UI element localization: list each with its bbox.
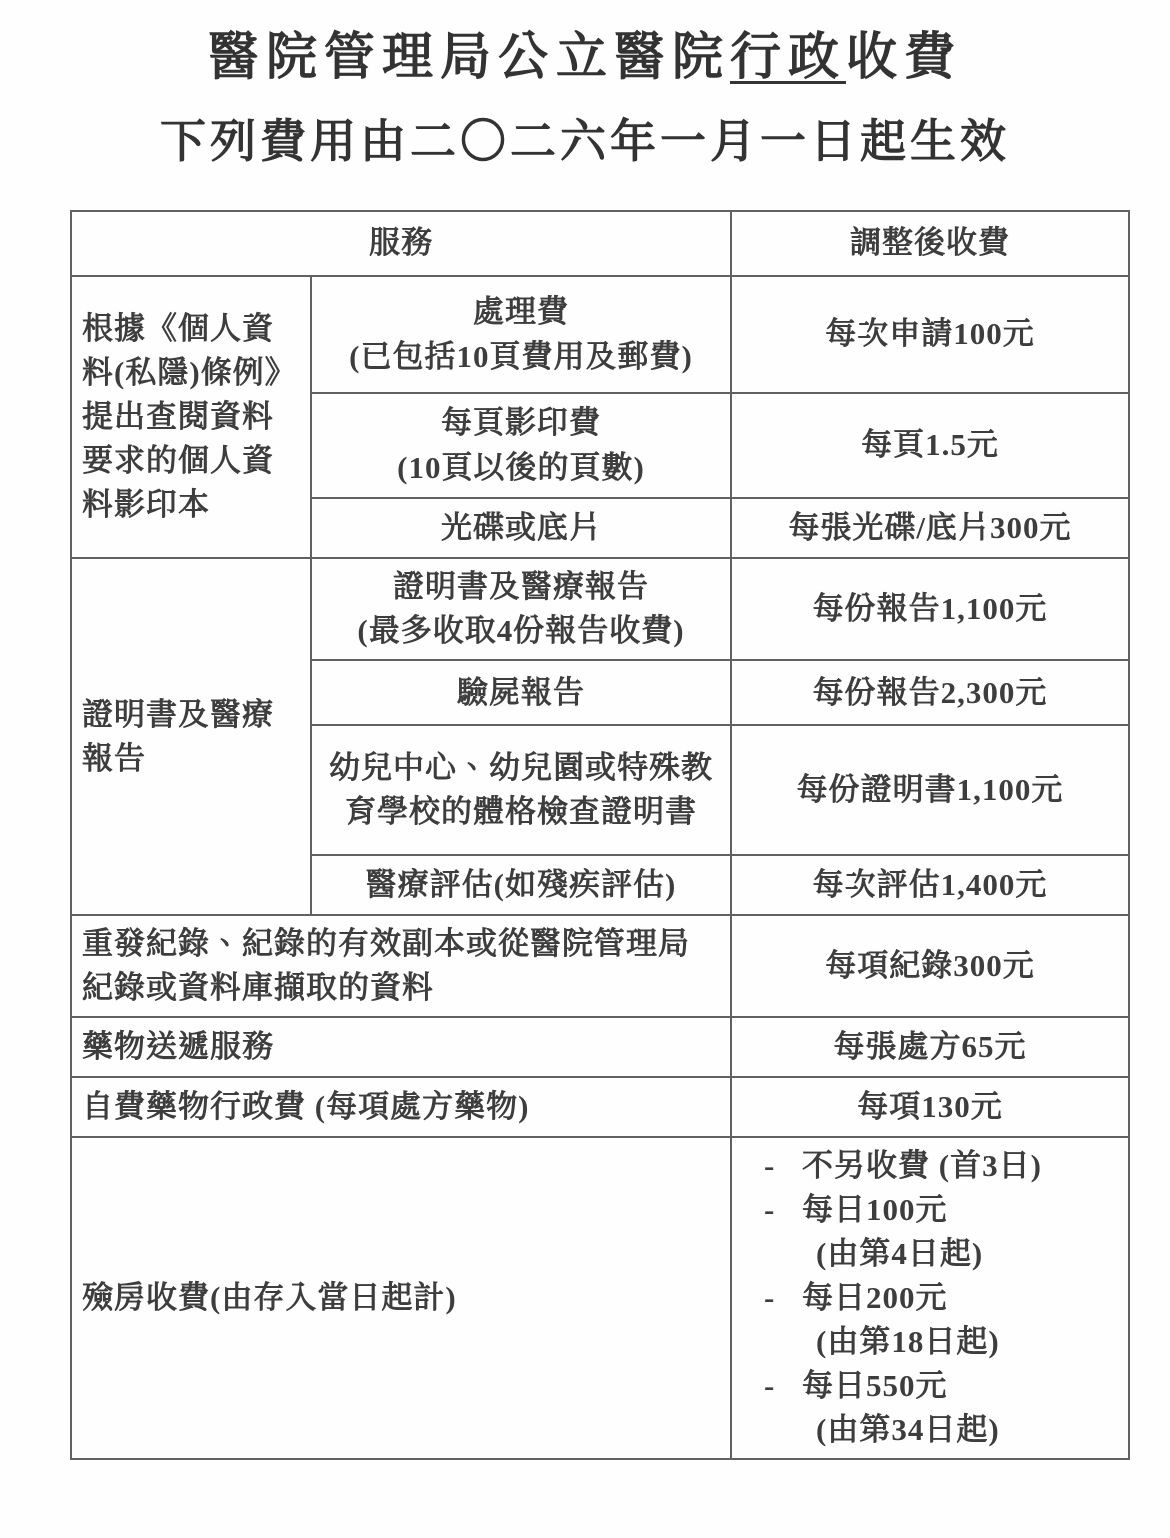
service-cell: 幼兒中心、幼兒園或特殊教育學校的體格檢查證明書 <box>311 725 731 855</box>
fee-cell: 每頁1.5元 <box>731 393 1129 498</box>
dash-bullet: - <box>742 1188 802 1232</box>
service-main: 處理費 <box>322 290 720 334</box>
service-main: 每頁影印費 <box>322 401 720 445</box>
fee-item-main: 不另收費 (首3日) <box>802 1144 1042 1188</box>
fee-cell: 每份報告1,100元 <box>731 558 1129 660</box>
service-cell-mortuary: 殮房收費(由存入當日起計) <box>71 1137 731 1459</box>
fee-item-note: (由第18日起) <box>802 1320 1000 1364</box>
service-note: (已包括10頁費用及郵費) <box>322 335 720 379</box>
service-note: (10頁以後的頁數) <box>322 446 720 490</box>
fee-item-note: (由第34日起) <box>802 1408 1000 1452</box>
fee-item-note: (由第4日起) <box>802 1232 983 1276</box>
service-cell: 自費藥物行政費 (每項處方藥物) <box>71 1077 731 1137</box>
table-row: 證明書及醫療報告 證明書及醫療報告 (最多收取4份報告收費) 每份報告1,100… <box>71 558 1129 660</box>
header-fee: 調整後收費 <box>731 211 1129 276</box>
fee-item-main: 每日550元 <box>802 1364 1000 1408</box>
table-row: 重發紀錄、紀錄的有效副本或從醫院管理局紀錄或資料庫擷取的資料 每項紀錄300元 <box>71 915 1129 1017</box>
fee-item-main: 每日200元 <box>802 1276 1000 1320</box>
fee-cell: 每項130元 <box>731 1077 1129 1137</box>
title-suffix: 收費 <box>846 30 962 86</box>
fee-cell: 每份報告2,300元 <box>731 660 1129 725</box>
table-row: 殮房收費(由存入當日起計) - 不另收費 (首3日) - 每日100元 (由第4… <box>71 1137 1129 1459</box>
fee-cell: 每次申請100元 <box>731 276 1129 393</box>
fee-cell: 每張處方65元 <box>731 1017 1129 1077</box>
title-underlined-part: 行政 <box>730 30 846 86</box>
page-title: 醫院管理局公立醫院行政收費 <box>0 22 1170 94</box>
fee-cell: 每項紀錄300元 <box>731 915 1129 1017</box>
service-cell: 光碟或底片 <box>311 498 731 558</box>
fee-cell: 每張光碟/底片300元 <box>731 498 1129 558</box>
service-cell: 驗屍報告 <box>311 660 731 725</box>
fee-list-item: - 不另收費 (首3日) <box>742 1144 1118 1188</box>
dash-bullet: - <box>742 1144 802 1188</box>
category-cell-personal-data: 根據《個人資料(私隱)條例》提出查閱資料要求的個人資料影印本 <box>71 276 311 558</box>
fees-table: 服務 調整後收費 根據《個人資料(私隱)條例》提出查閱資料要求的個人資料影印本 … <box>70 210 1130 1460</box>
fee-list-item: - 每日200元 (由第18日起) <box>742 1276 1118 1364</box>
table-row: 自費藥物行政費 (每項處方藥物) 每項130元 <box>71 1077 1129 1137</box>
service-cell: 每頁影印費 (10頁以後的頁數) <box>311 393 731 498</box>
service-cell: 處理費 (已包括10頁費用及郵費) <box>311 276 731 393</box>
fee-list-item: - 每日550元 (由第34日起) <box>742 1364 1118 1452</box>
table-row: 根據《個人資料(私隱)條例》提出查閱資料要求的個人資料影印本 處理費 (已包括1… <box>71 276 1129 393</box>
fee-cell: 每份證明書1,100元 <box>731 725 1129 855</box>
header-service: 服務 <box>71 211 731 276</box>
service-cell: 證明書及醫療報告 (最多收取4份報告收費) <box>311 558 731 660</box>
document-page: 醫院管理局公立醫院行政收費 下列費用由二〇二六年一月一日起生效 服務 調整後收費… <box>0 0 1170 1538</box>
fee-cell-mortuary: - 不另收費 (首3日) - 每日100元 (由第4日起) - <box>731 1137 1129 1459</box>
service-cell: 醫療評估(如殘疾評估) <box>311 855 731 915</box>
dash-bullet: - <box>742 1364 802 1408</box>
fee-list-item: - 每日100元 (由第4日起) <box>742 1188 1118 1276</box>
service-note: (最多收取4份報告收費) <box>322 609 720 653</box>
category-cell-certificates: 證明書及醫療報告 <box>71 558 311 915</box>
dash-bullet: - <box>742 1276 802 1320</box>
table-row: 藥物送遞服務 每張處方65元 <box>71 1017 1129 1077</box>
table-header-row: 服務 調整後收費 <box>71 211 1129 276</box>
service-main: 證明書及醫療報告 <box>322 565 720 609</box>
page-subtitle: 下列費用由二〇二六年一月一日起生效 <box>0 110 1170 174</box>
service-cell: 重發紀錄、紀錄的有效副本或從醫院管理局紀錄或資料庫擷取的資料 <box>71 915 731 1017</box>
fee-cell: 每次評估1,400元 <box>731 855 1129 915</box>
title-prefix: 醫院管理局公立醫院 <box>208 30 730 86</box>
fee-item-main: 每日100元 <box>802 1188 983 1232</box>
service-cell: 藥物送遞服務 <box>71 1017 731 1077</box>
